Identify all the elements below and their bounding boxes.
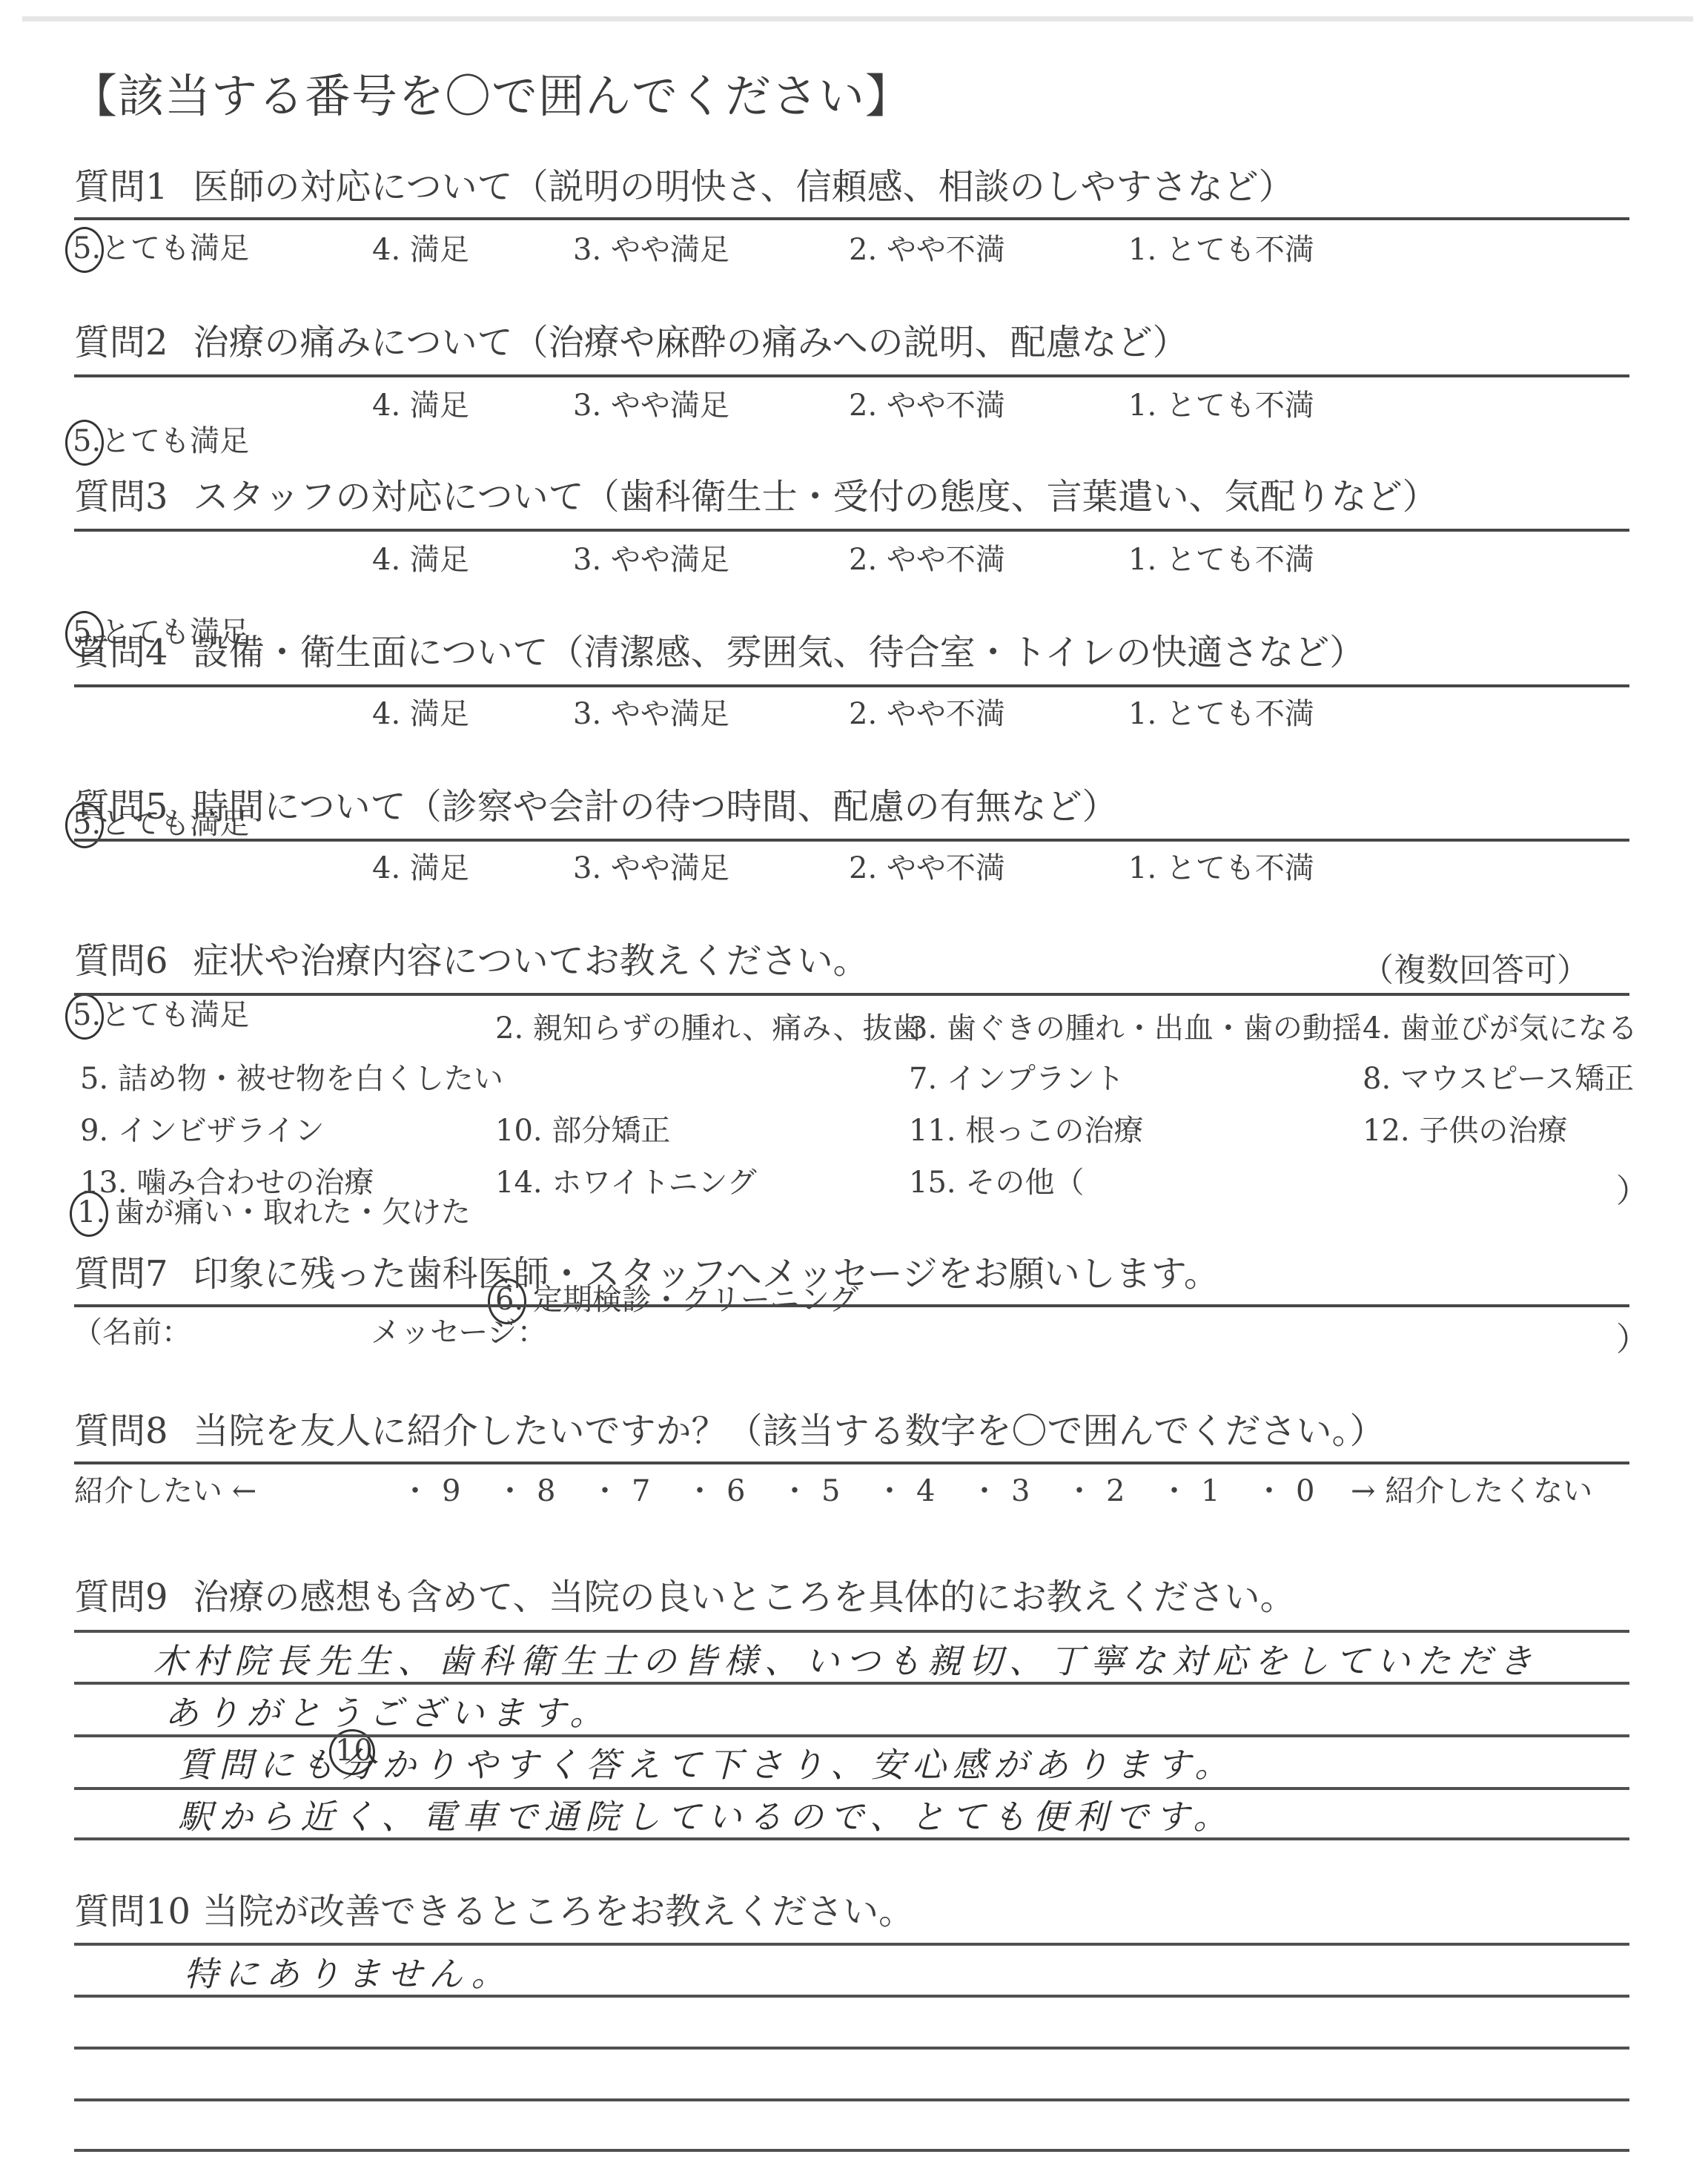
- rating-option-3[interactable]: 3. やや満足: [573, 541, 729, 578]
- answer-line: [74, 1630, 1629, 1633]
- question-text: 当院を友人に紹介したいですか？（該当する数字を〇で囲んでください。）: [193, 1410, 1386, 1452]
- symptom-option-8[interactable]: 8. マウスピース矯正: [1363, 1060, 1634, 1097]
- question-text: 当院が改善できるところをお教えください。: [202, 1891, 914, 1932]
- handwritten-answer-line-1: 特にありません。: [184, 1953, 512, 1995]
- page-top-border: [22, 16, 1693, 22]
- other-close-paren: ）: [1616, 1164, 1649, 1212]
- question-6-rule: [74, 993, 1629, 996]
- rating-option-1[interactable]: 1. とても不満: [1128, 696, 1314, 733]
- question-8-header: 質問8当院を友人に紹介したいですか？（該当する数字を〇で囲んでください。）: [74, 1409, 1386, 1453]
- scale-separator: ・: [1159, 1473, 1189, 1510]
- question-number: 質問7: [74, 1252, 168, 1296]
- rating-option-1[interactable]: 1. とても不満: [1128, 541, 1314, 578]
- question-text: 時間について（診察や会計の待つ時間、配慮の有無など）: [193, 786, 1118, 828]
- scale-option-5[interactable]: 5: [821, 1473, 840, 1510]
- answer-line: [74, 1787, 1629, 1790]
- handwritten-answer-line-1: 木村院長先生、歯科衛生士の皆様、いつも親切、丁寧な対応をしていただき: [153, 1640, 1539, 1682]
- rating-option-4[interactable]: 4. 満足: [372, 850, 469, 887]
- symptom-option-7[interactable]: 7. インプラント: [909, 1060, 1125, 1097]
- rating-option-4[interactable]: 4. 満足: [372, 387, 469, 424]
- scale-option-0[interactable]: 0: [1296, 1473, 1314, 1510]
- question-2-rule: [74, 374, 1629, 377]
- question-number: 質問6: [74, 939, 168, 983]
- question-5-rule: [74, 839, 1629, 842]
- question-number: 質問4: [74, 630, 168, 675]
- question-text: 症状や治療内容についてお教えください。: [193, 940, 869, 982]
- question-number: 質問2: [74, 320, 168, 365]
- scale-separator: ・: [1254, 1473, 1284, 1510]
- answer-line: [74, 1682, 1629, 1685]
- symptom-option-14[interactable]: 14. ホワイトニング: [495, 1164, 757, 1201]
- recommend-left-label: 紹介したい ←: [74, 1473, 256, 1510]
- handwritten-answer-line-3: 質問にも分かりやすく答えて下さり、安心感があります。: [178, 1744, 1235, 1786]
- message-close-paren: ）: [1616, 1312, 1649, 1360]
- scale-separator: ・: [400, 1473, 430, 1510]
- scale-option-3[interactable]: 3: [1011, 1473, 1030, 1510]
- symptom-option-4[interactable]: 4. 歯並びが気になる: [1363, 1010, 1638, 1047]
- question-4-rule: [74, 684, 1629, 687]
- scale-option-6[interactable]: 6: [726, 1473, 745, 1510]
- rating-option-3[interactable]: 3. やや満足: [573, 387, 729, 424]
- question-3-header: 質問3スタッフの対応について（歯科衛生士・受付の態度、言葉遣い、気配りなど）: [74, 475, 1438, 519]
- recommend-right-label: → 紹介したくない: [1351, 1473, 1592, 1510]
- scale-separator: ・: [970, 1473, 999, 1510]
- question-text: スタッフの対応について（歯科衛生士・受付の態度、言葉遣い、気配りなど）: [193, 476, 1438, 518]
- rating-option-2[interactable]: 2. やや不満: [849, 387, 1005, 424]
- question-text: 治療の痛みについて（治療や麻酔の痛みへの説明、配慮など）: [193, 322, 1188, 363]
- message-label: メッセージ：: [371, 1314, 547, 1351]
- scale-option-2[interactable]: 2: [1106, 1473, 1125, 1510]
- scale-option-9[interactable]: 9: [442, 1473, 460, 1510]
- rating-option-2[interactable]: 2. やや不満: [849, 696, 1005, 733]
- rating-option-4[interactable]: 4. 満足: [372, 231, 469, 268]
- question-8-rule: [74, 1462, 1629, 1464]
- scale-separator: ・: [590, 1473, 620, 1510]
- rating-option-1[interactable]: 1. とても不満: [1128, 231, 1314, 268]
- scale-option-1[interactable]: 1: [1201, 1473, 1219, 1510]
- rating-option-1[interactable]: 1. とても不満: [1128, 387, 1314, 424]
- rating-option-4[interactable]: 4. 満足: [372, 541, 469, 578]
- question-2-header: 質問2治療の痛みについて（治療や麻酔の痛みへの説明、配慮など）: [74, 320, 1188, 365]
- page-title: 【該当する番号を〇で囲んでください】: [71, 67, 912, 126]
- rating-option-3[interactable]: 3. やや満足: [573, 696, 729, 733]
- rating-option-5-selected[interactable]: 5.とても満足: [73, 423, 1708, 460]
- rating-option-4[interactable]: 4. 満足: [372, 696, 469, 733]
- question-number: 質問9: [74, 1575, 168, 1619]
- question-number: 質問10: [74, 1889, 191, 1934]
- answer-line: [74, 1837, 1629, 1840]
- name-field[interactable]: [222, 1314, 356, 1351]
- answer-line: [74, 1734, 1629, 1737]
- rating-option-2[interactable]: 2. やや不満: [849, 850, 1005, 887]
- rating-option-3[interactable]: 3. やや満足: [573, 850, 729, 887]
- answer-line: [74, 1995, 1629, 1998]
- symptom-option-10[interactable]: 10. 部分矯正: [495, 1112, 670, 1149]
- symptom-option-5[interactable]: 5. 詰め物・被せ物を白くしたい: [80, 1060, 503, 1097]
- answer-line: [74, 2047, 1629, 2050]
- symptom-option-11[interactable]: 11. 根っこの治療: [909, 1112, 1143, 1149]
- question-1-rule: [74, 217, 1629, 220]
- question-9-header: 質問9治療の感想も含めて、当院の良いところを具体的にお教えください。: [74, 1575, 1296, 1619]
- symptom-option-3[interactable]: 3. 歯ぐきの腫れ・出血・歯の動揺: [909, 1010, 1362, 1047]
- multiple-answers-note: （複数回答可）: [1361, 943, 1589, 991]
- answer-line: [74, 2149, 1629, 2152]
- scale-option-4[interactable]: 4: [916, 1473, 935, 1510]
- scale-separator: ・: [685, 1473, 715, 1510]
- symptom-option-15-other[interactable]: 15. その他（: [909, 1164, 1084, 1201]
- question-5-header: 質問5時間について（診察や会計の待つ時間、配慮の有無など）: [74, 785, 1118, 829]
- question-number: 質問3: [74, 475, 168, 519]
- scale-separator: ・: [780, 1473, 810, 1510]
- rating-option-3[interactable]: 3. やや満足: [573, 231, 729, 268]
- scale-option-7[interactable]: 7: [632, 1473, 650, 1510]
- symptom-option-2[interactable]: 2. 親知らずの腫れ、痛み、抜歯: [495, 1010, 922, 1047]
- question-10-header: 質問10当院が改善できるところをお教えください。: [74, 1889, 914, 1934]
- symptom-option-12[interactable]: 12. 子供の治療: [1363, 1112, 1567, 1149]
- question-text: 設備・衛生面について（清潔感、雰囲気、待合室・トイレの快適さなど）: [193, 632, 1366, 673]
- message-field[interactable]: [563, 1314, 1601, 1351]
- question-number: 質問1: [74, 165, 168, 209]
- answer-line: [74, 2098, 1629, 2101]
- handwritten-answer-line-2: ありがとうございます。: [165, 1692, 610, 1734]
- scale-separator: ・: [495, 1473, 525, 1510]
- question-1-header: 質問1医師の対応について（説明の明快さ、信頼感、相談のしやすさなど）: [74, 165, 1294, 209]
- question-7-rule: [74, 1304, 1629, 1307]
- question-number: 質問8: [74, 1409, 168, 1453]
- question-text: 印象に残った歯科医師・スタッフへメッセージをお願いします。: [193, 1253, 1219, 1295]
- answer-line: [74, 1943, 1629, 1946]
- symptom-option-9[interactable]: 9. インビザライン: [80, 1112, 325, 1149]
- question-text: 医師の対応について（説明の明快さ、信頼感、相談のしやすさなど）: [193, 166, 1294, 208]
- rating-option-1[interactable]: 1. とても不満: [1128, 850, 1314, 887]
- question-number: 質問5: [74, 785, 168, 829]
- question-7-header: 質問7印象に残った歯科医師・スタッフへメッセージをお願いします。: [74, 1252, 1219, 1296]
- question-4-header: 質問4設備・衛生面について（清潔感、雰囲気、待合室・トイレの快適さなど）: [74, 630, 1365, 675]
- symptom-option-13[interactable]: 13. 噛み合わせの治療: [80, 1164, 374, 1201]
- name-label: （名前：: [73, 1314, 191, 1351]
- scale-separator: ・: [875, 1473, 904, 1510]
- scale-option-8[interactable]: 8: [537, 1473, 555, 1510]
- question-6-header: 質問6症状や治療内容についてお教えください。: [74, 939, 869, 983]
- question-text: 治療の感想も含めて、当院の良いところを具体的にお教えください。: [193, 1576, 1296, 1618]
- handwritten-answer-line-4: 駅から近く、電車で通院しているので、とても便利です。: [178, 1796, 1234, 1837]
- rating-option-2[interactable]: 2. やや不満: [849, 231, 1005, 268]
- scale-separator: ・: [1065, 1473, 1094, 1510]
- rating-option-2[interactable]: 2. やや不満: [849, 541, 1005, 578]
- question-3-rule: [74, 529, 1629, 532]
